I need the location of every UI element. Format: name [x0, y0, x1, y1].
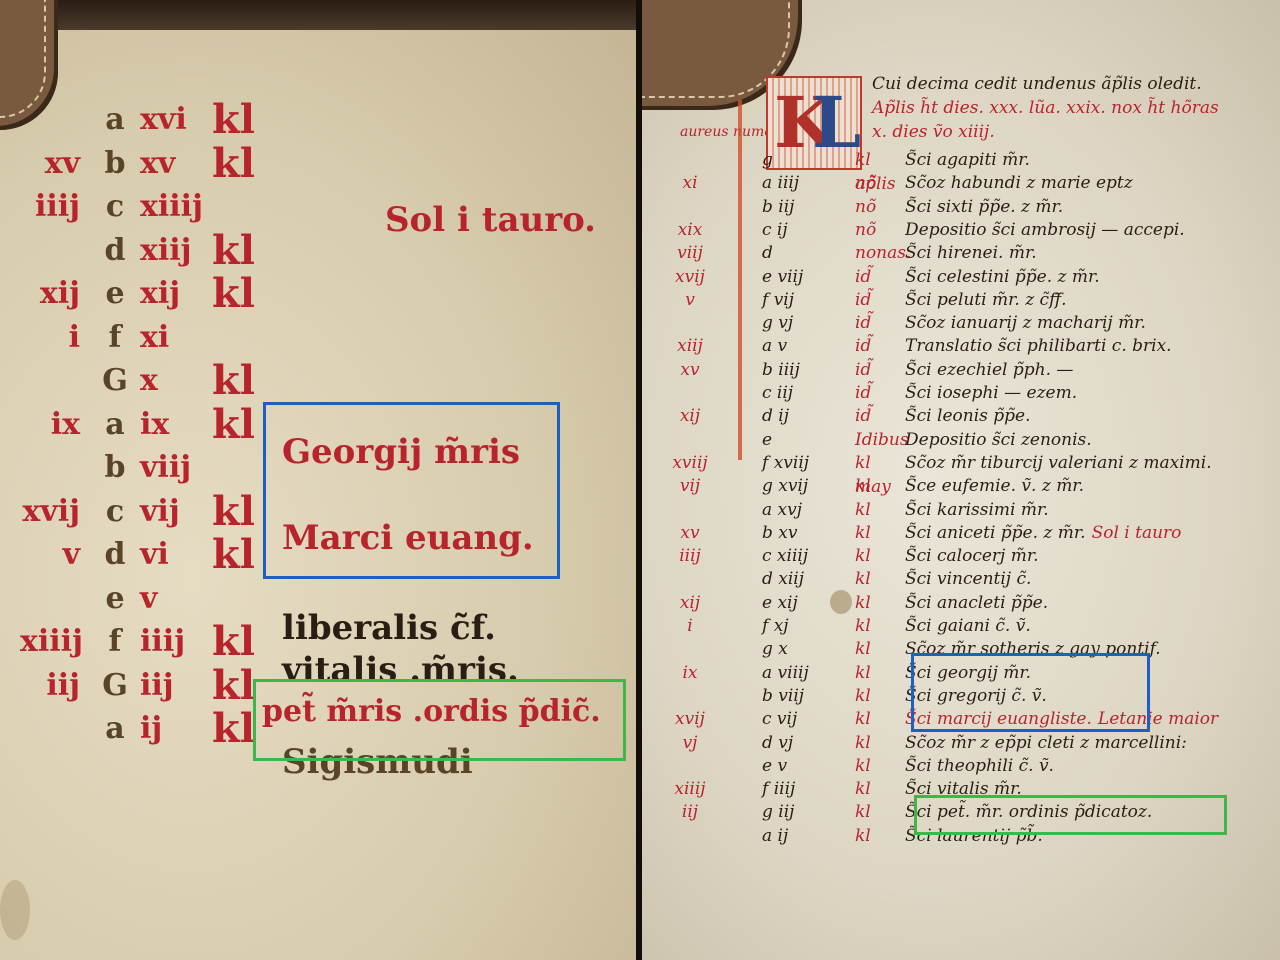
right-row-text: Sc̃oz m̃r z ep̃pi cleti z marcellini: — [905, 731, 1275, 755]
right-row-golden — [660, 428, 720, 452]
right-row-text: S̃ci theophili c̃. ṽ. — [905, 754, 1275, 778]
left-row-kl: kl — [212, 622, 262, 662]
right-row-golden: xiiij — [660, 777, 720, 801]
right-row-letter: g iij — [762, 800, 832, 824]
right-row-saint: S̃ci aniceti p̃p̃e. z m̃r. — [905, 523, 1086, 543]
right-row-letter: c vij — [762, 707, 832, 731]
left-page-binding-edge — [0, 0, 638, 30]
left-row-golden — [20, 448, 80, 488]
right-row-date: id̃ — [855, 334, 910, 358]
right-row-letter: b xv — [762, 521, 832, 545]
right-row-letter: c ij — [762, 218, 832, 242]
right-row-date: id̃ — [855, 288, 910, 312]
right-row-golden: i — [660, 614, 720, 638]
right-row-date: Idibus — [855, 428, 910, 452]
left-row-golden — [20, 709, 80, 749]
right-row-golden: xiij — [660, 334, 720, 358]
right-row-saint: Sc̃oz ianuarij z macharij m̃r. — [905, 313, 1146, 333]
right-row-saint: S̃ci ezechiel p̃ph. — — [905, 360, 1073, 380]
left-row-kl — [212, 187, 262, 227]
right-row-golden: xij — [660, 404, 720, 428]
right-row-golden: iiij — [660, 544, 720, 568]
left-row-golden: i — [20, 318, 80, 358]
left-row-day: xi — [140, 318, 210, 358]
left-row-golden: xiiij — [20, 622, 80, 662]
left-row-letter: d — [100, 535, 130, 575]
right-row-text: S̃ci peluti m̃r. z c̃ff̃. — [905, 288, 1275, 312]
left-row-day: iiij — [140, 622, 210, 662]
right-row-letter: e v — [762, 754, 832, 778]
left-row-letter: G — [100, 361, 130, 401]
right-row-letter: g — [762, 148, 832, 172]
right-row-text: S̃ci hirenei. m̃r. — [905, 241, 1275, 265]
right-row-saint: S̃ci celestini p̃p̃e. z m̃r. — [905, 267, 1100, 287]
right-row-golden: ix — [660, 661, 720, 685]
right-row-saint: S̃ci iosephi — ezem. — [905, 383, 1077, 403]
right-row-text: S̃ci vincentij c̃. — [905, 567, 1275, 591]
right-row-date: nõ — [855, 218, 910, 242]
right-row-golden: xix — [660, 218, 720, 242]
right-row-date: kl — [855, 567, 910, 591]
left-row-day: vij — [140, 492, 210, 532]
right-row-date: nõ — [855, 171, 910, 195]
right-row-text: S̃ci iosephi — ezem. — [905, 381, 1275, 405]
right-row-text: S̃ci karissimi m̃r. — [905, 498, 1275, 522]
right-row-golden — [660, 754, 720, 778]
left-row-golden — [20, 100, 80, 140]
right-row-golden: iij — [660, 800, 720, 824]
left-row-letter: e — [100, 274, 130, 314]
right-row-date: kl — [855, 661, 910, 685]
ink-stain — [830, 590, 852, 614]
right-row-letter: b iiij — [762, 358, 832, 382]
right-row-golden: xv — [660, 358, 720, 382]
right-row-date: kl — [855, 521, 910, 545]
left-row-day: vi — [140, 535, 210, 575]
left-liberalis-entry: liberalis c̃f. — [282, 608, 496, 648]
left-row-kl — [212, 318, 262, 358]
right-row-golden — [660, 148, 720, 172]
left-row-kl: kl — [212, 100, 262, 140]
left-row-letter: d — [100, 231, 130, 271]
right-row-date: id̃ — [855, 358, 910, 382]
right-row-letter: e — [762, 428, 832, 452]
right-row-text: S̃ci agapiti m̃r. — [905, 148, 1275, 172]
right-row-text: S̃ce eufemie. ṽ. z m̃r. — [905, 474, 1275, 498]
left-row-day: xiiij — [140, 187, 210, 227]
right-row-letter: b viij — [762, 684, 832, 708]
right-row-saint: S̃ci calocerj m̃r. — [905, 546, 1039, 566]
right-row-saint: S̃ci peluti m̃r. z c̃ff̃. — [905, 290, 1067, 310]
left-row-kl: kl — [212, 274, 262, 314]
right-header-line-2: Ap̃lis h̃t dies. xxx. lũa. xxix. nox h̃… — [872, 98, 1219, 118]
right-row-saint: S̃ci gaiani c̃. ṽ. — [905, 616, 1031, 636]
right-row-saint: S̃ci sixti p̃p̃e. z m̃r. — [905, 197, 1063, 217]
right-row-saint: S̃ce eufemie. ṽ. z m̃r. — [905, 476, 1084, 496]
right-row-letter: a xvj — [762, 498, 832, 522]
right-row-text: S̃ci aniceti p̃p̃e. z m̃r.Sol i tauro — [905, 521, 1275, 545]
left-row-letter: b — [100, 448, 130, 488]
right-row-date: kl — [855, 754, 910, 778]
right-row-text: Sc̃oz m̃r tiburcij valeriani z maximi. — [905, 451, 1275, 475]
right-row-date: kl — [855, 474, 910, 498]
right-row-date: kl — [855, 544, 910, 568]
right-row-date: kl — [855, 498, 910, 522]
right-row-date: kl — [855, 637, 910, 661]
right-row-text: Sc̃oz ianuarij z macharij m̃r. — [905, 311, 1275, 335]
left-row-letter: a — [100, 100, 130, 140]
right-row-letter: c iij — [762, 381, 832, 405]
left-row-golden — [20, 579, 80, 619]
right-row-saint: S̃ci karissimi m̃r. — [905, 500, 1049, 520]
right-row-golden: xvij — [660, 265, 720, 289]
right-row-text: Sc̃oz habundi z marie eptz — [905, 171, 1275, 195]
left-row-golden: iij — [20, 666, 80, 706]
right-row-rubric: Sol i tauro — [1092, 523, 1182, 543]
left-row-day: iij — [140, 666, 210, 706]
right-row-golden — [660, 824, 720, 848]
left-row-kl: kl — [212, 492, 262, 532]
right-row-letter: f vij — [762, 288, 832, 312]
left-row-day: v — [140, 579, 210, 619]
right-row-saint: Depositio s̃ci zenonis. — [905, 430, 1092, 450]
left-row-golden — [20, 231, 80, 271]
left-row-day: viij — [140, 448, 210, 488]
left-row-letter: a — [100, 709, 130, 749]
right-header-line-3: x. dies ṽo xiiij. — [872, 122, 995, 142]
right-row-date: id̃ — [855, 404, 910, 428]
left-row-kl — [212, 579, 262, 619]
right-blue-highlight-box — [911, 653, 1150, 732]
right-row-golden — [660, 684, 720, 708]
right-row-text: Depositio s̃ci ambrosij — accepi. — [905, 218, 1275, 242]
left-row-golden: xij — [20, 274, 80, 314]
right-row-saint: S̃ci leonis p̃p̃e. — [905, 406, 1030, 426]
right-row-golden: vij — [660, 474, 720, 498]
right-row-letter: a viiij — [762, 661, 832, 685]
left-row-letter: b — [100, 144, 130, 184]
right-row-letter: f xj — [762, 614, 832, 638]
left-row-kl — [212, 448, 262, 488]
right-row-letter: g x — [762, 637, 832, 661]
right-row-date: kl — [855, 800, 910, 824]
left-row-day: xij — [140, 274, 210, 314]
right-row-golden — [660, 311, 720, 335]
right-row-letter: d ij — [762, 404, 832, 428]
left-sol-in-taurus: Sol i tauro. — [385, 200, 596, 240]
left-row-day: xiij — [140, 231, 210, 271]
right-row-letter: g vj — [762, 311, 832, 335]
right-row-saint: S̃ci agapiti m̃r. — [905, 150, 1030, 170]
right-row-date: kl — [855, 731, 910, 755]
right-row-golden: xij — [660, 591, 720, 615]
right-row-letter: f iiij — [762, 777, 832, 801]
right-row-letter: f xviij — [762, 451, 832, 475]
left-row-letter: f — [100, 318, 130, 358]
right-row-letter: e viij — [762, 265, 832, 289]
right-row-date: id̃ — [855, 265, 910, 289]
right-row-date: kl ap̃lis — [855, 148, 910, 172]
left-row-day: xv — [140, 144, 210, 184]
right-row-text: S̃ci anacleti p̃p̃e. — [905, 591, 1275, 615]
right-row-golden — [660, 498, 720, 522]
left-row-golden — [20, 361, 80, 401]
right-row-letter: d vj — [762, 731, 832, 755]
right-row-golden — [660, 567, 720, 591]
right-row-golden: xi — [660, 171, 720, 195]
right-row-letter: c xiiij — [762, 544, 832, 568]
left-row-golden: ix — [20, 405, 80, 445]
left-row-kl: kl — [212, 405, 262, 445]
right-row-golden: vj — [660, 731, 720, 755]
right-row-golden — [660, 195, 720, 219]
right-row-saint: S̃ci theophili c̃. ṽ. — [905, 756, 1054, 776]
left-row-golden: v — [20, 535, 80, 575]
right-row-date: kl — [855, 684, 910, 708]
right-row-letter: a ij — [762, 824, 832, 848]
left-row-golden: iiij — [20, 187, 80, 227]
right-row-saint: S̃ci anacleti p̃p̃e. — [905, 593, 1048, 613]
left-row-kl: kl — [212, 144, 262, 184]
right-row-saint: S̃ci hirenei. m̃r. — [905, 243, 1037, 263]
left-row-letter: a — [100, 405, 130, 445]
left-row-day: x — [140, 361, 210, 401]
right-row-golden: v — [660, 288, 720, 312]
left-row-letter: e — [100, 579, 130, 619]
right-row-text: Translatio s̃ci philibarti c. brix. — [905, 334, 1275, 358]
right-row-text: S̃ci sixti p̃p̃e. z m̃r. — [905, 195, 1275, 219]
right-row-letter: d xiij — [762, 567, 832, 591]
right-row-date: kl — [855, 777, 910, 801]
left-row-day: ij — [140, 709, 210, 749]
left-row-day: xvi — [140, 100, 210, 140]
left-row-letter: f — [100, 622, 130, 662]
right-green-highlight-box — [914, 795, 1227, 835]
left-blue-highlight-box — [263, 402, 560, 579]
right-row-saint: S̃ci vincentij c̃. — [905, 569, 1031, 589]
right-row-text: S̃ci ezechiel p̃ph. — — [905, 358, 1275, 382]
right-row-text: S̃ci gaiani c̃. ṽ. — [905, 614, 1275, 638]
right-row-golden — [660, 637, 720, 661]
right-row-date: id̃ — [855, 311, 910, 335]
right-row-text: S̃ci celestini p̃p̃e. z m̃r. — [905, 265, 1275, 289]
right-row-saint: Sc̃oz m̃r z ep̃pi cleti z marcellini: — [905, 733, 1187, 753]
right-row-golden: xviij — [660, 451, 720, 475]
right-row-text: S̃ci calocerj m̃r. — [905, 544, 1275, 568]
left-row-golden: xv — [20, 144, 80, 184]
right-row-saint: Sc̃oz m̃r tiburcij valeriani z maximi. — [905, 453, 1212, 473]
right-header-line-1: Cui decima cedit undenus ãp̃lis oledit. — [872, 74, 1202, 94]
right-row-text: S̃ci leonis p̃p̃e. — [905, 404, 1275, 428]
right-row-date: kl — [855, 591, 910, 615]
right-row-golden: xv — [660, 521, 720, 545]
water-stain — [0, 880, 30, 940]
right-row-date: kl may — [855, 451, 910, 475]
left-row-golden: xvij — [20, 492, 80, 532]
right-row-letter: d — [762, 241, 832, 265]
right-row-letter: a v — [762, 334, 832, 358]
left-row-day: ix — [140, 405, 210, 445]
left-green-highlight-box — [253, 679, 626, 761]
red-margin-rule — [738, 100, 742, 460]
right-row-letter: a iiij — [762, 171, 832, 195]
left-row-letter: G — [100, 666, 130, 706]
left-row-letter: c — [100, 492, 130, 532]
left-row-letter: c — [100, 187, 130, 227]
right-row-letter: e xij — [762, 591, 832, 615]
right-row-saint: Translatio s̃ci philibarti c. brix. — [905, 336, 1172, 356]
right-row-golden: viij — [660, 241, 720, 265]
right-row-saint: Sc̃oz habundi z marie eptz — [905, 173, 1133, 193]
right-row-letter: g xvij — [762, 474, 832, 498]
left-row-kl: kl — [212, 361, 262, 401]
right-row-date: nonas. — [855, 241, 910, 265]
right-row-date: kl — [855, 824, 910, 848]
right-row-date: nõ — [855, 195, 910, 219]
right-row-golden — [660, 381, 720, 405]
right-row-saint: Depositio s̃ci ambrosij — accepi. — [905, 220, 1185, 240]
right-row-golden: xvij — [660, 707, 720, 731]
left-row-kl: kl — [212, 231, 262, 271]
right-row-text: Depositio s̃ci zenonis. — [905, 428, 1275, 452]
right-row-date: kl — [855, 707, 910, 731]
left-row-kl: kl — [212, 535, 262, 575]
right-row-date: id̃ — [855, 381, 910, 405]
right-row-letter: b iij — [762, 195, 832, 219]
right-row-date: kl — [855, 614, 910, 638]
